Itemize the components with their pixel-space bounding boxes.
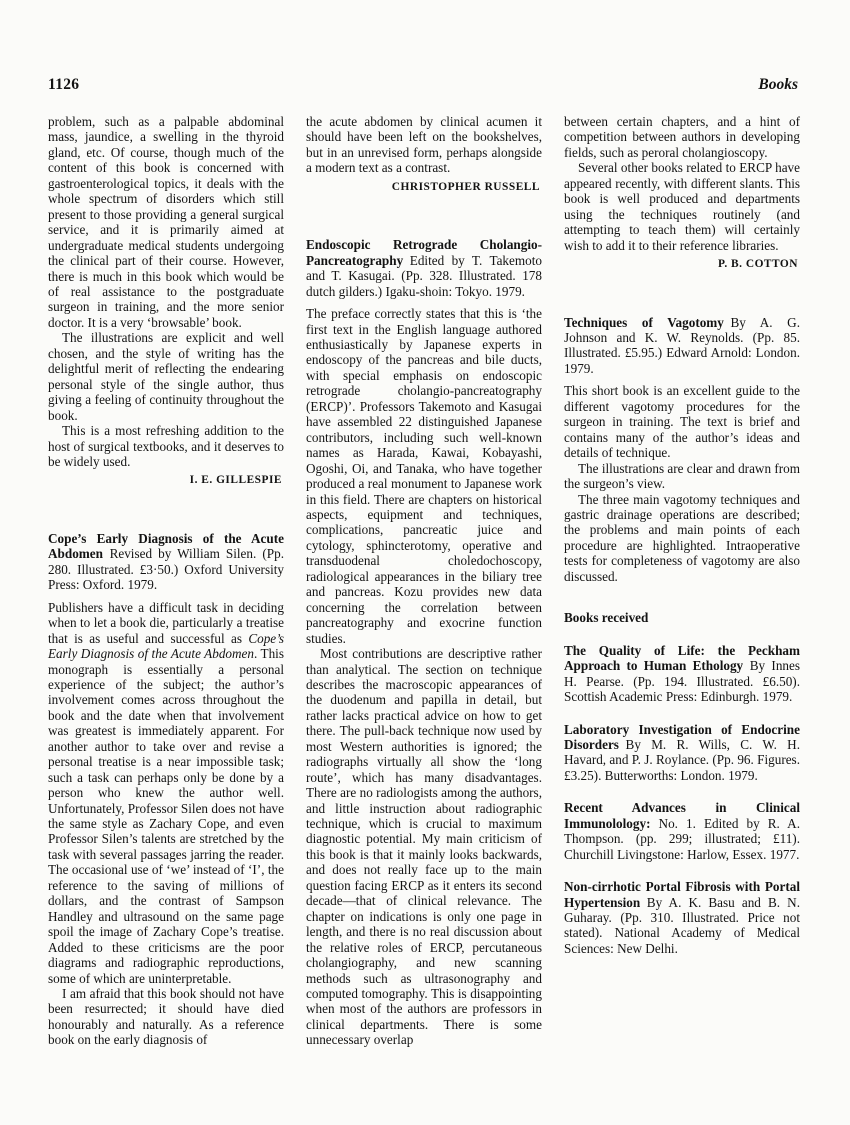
paragraph: between certain chapters, and a hint of …	[564, 114, 800, 160]
paragraph: Several other books related to ERCP have…	[564, 160, 800, 253]
paragraph: The illustrations are clear and drawn fr…	[564, 461, 800, 492]
book-review-heading: Techniques of Vagotomy By A. G. Johnson …	[564, 315, 800, 377]
page-body: problem, such as a palpable abdominal ma…	[48, 114, 800, 1048]
section-heading: Books received	[564, 610, 800, 625]
book-review-heading: Endoscopic Retrograde Cholangio-Pancreat…	[306, 237, 542, 299]
paragraph: Most contributions are descriptive rathe…	[306, 646, 542, 1048]
book-received-entry: Non-cirrhotic Portal Fibrosis with Porta…	[564, 879, 800, 956]
paragraph: The preface correctly states that this i…	[306, 306, 542, 646]
reviewer-signature: P. B. COTTON	[564, 257, 800, 272]
book-received-entry: The Quality of Life: the Peckham Approac…	[564, 643, 800, 705]
reviewer-signature: CHRISTOPHER RUSSELL	[306, 180, 542, 195]
paragraph: problem, such as a palpable abdominal ma…	[48, 114, 284, 330]
paragraph: Publishers have a difficult task in deci…	[48, 600, 284, 986]
book-received-entry: Recent Advances in Clinical Immunolology…	[564, 800, 800, 862]
column-3: between certain chapters, and a hint of …	[564, 114, 800, 1048]
page-header: 1126 Books	[48, 76, 798, 94]
journal-page: 1126 Books problem, such as a palpable a…	[0, 0, 850, 1125]
paragraph: The illustrations are explicit and well …	[48, 330, 284, 423]
book-review-heading: Cope’s Early Diagnosis of the Acute Abdo…	[48, 531, 284, 593]
paragraph: The three main vagotomy techniques and g…	[564, 492, 800, 585]
section-title: Books	[758, 76, 798, 94]
page-number: 1126	[48, 76, 79, 94]
paragraph: This is a most refreshing addition to th…	[48, 423, 284, 469]
column-2: the acute abdomen by clinical acumen it …	[306, 114, 542, 1048]
paragraph: I am afraid that this book should not ha…	[48, 986, 284, 1048]
column-1: problem, such as a palpable abdominal ma…	[48, 114, 284, 1048]
paragraph: the acute abdomen by clinical acumen it …	[306, 114, 542, 176]
book-received-entry: Laboratory Investigation of Endocrine Di…	[564, 722, 800, 784]
reviewer-signature: I. E. GILLESPIE	[48, 473, 284, 488]
paragraph: This short book is an excellent guide to…	[564, 383, 800, 460]
